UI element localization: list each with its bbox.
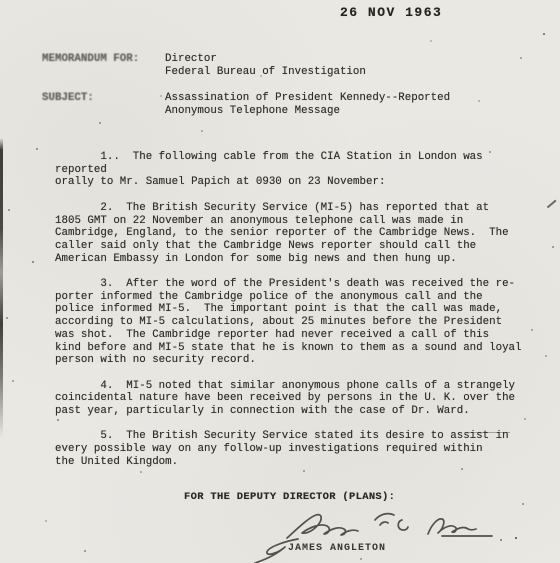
memo-body: 1.. The following cable from the CIA Sta… (55, 151, 537, 469)
date-stamp: 26 NOV 1963 (340, 5, 442, 20)
subject-row: SUBJECT: Assassination of President Kenn… (42, 92, 450, 117)
scan-dash-artifact (547, 200, 556, 208)
memo-for-label: MEMORANDUM FOR: (42, 53, 165, 66)
memo-for-row: MEMORANDUM FOR: Director Federal Bureau … (42, 53, 450, 78)
subject-label: SUBJECT: (42, 92, 165, 105)
memo-header: MEMORANDUM FOR: Director Federal Bureau … (42, 53, 450, 118)
signer-name: JAMES ANGLETON (288, 543, 386, 554)
scan-underline-artifact (468, 432, 510, 433)
memo-paragraph-3: 3. After the word of the President's dea… (55, 278, 537, 367)
memo-paragraph-1: 1.. The following cable from the CIA Sta… (55, 151, 537, 189)
scan-edge-artifact (0, 138, 3, 438)
memo-paragraph-4: 4. MI-5 noted that similar anonymous pho… (55, 380, 537, 418)
memo-paragraph-2: 2. The British Security Service (MI-5) h… (55, 202, 537, 266)
memo-for-value: Director Federal Bureau of Investigation (165, 53, 366, 78)
handwritten-signature-icon (280, 508, 495, 546)
memo-paragraph-5: 5. The British Security Service stated i… (55, 430, 537, 468)
scan-noise-specks (0, 0, 2, 2)
deputy-director-line: FOR THE DEPUTY DIRECTOR (PLANS): (184, 491, 395, 503)
subject-value: Assassination of President Kennedy--Repo… (165, 92, 450, 117)
document-page: 26 NOV 1963 MEMORANDUM FOR: Director Fed… (0, 0, 560, 563)
